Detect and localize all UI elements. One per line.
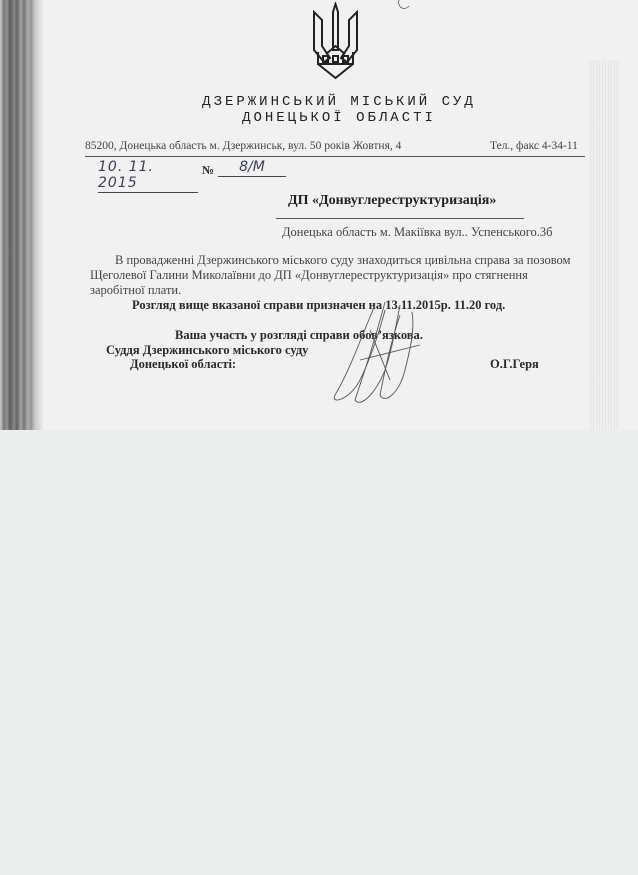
body-line-3: заробітної плати. (90, 283, 610, 298)
handwritten-date: 10. 11. 2015 (98, 159, 198, 193)
judge-region: Донецької області: (130, 357, 236, 372)
hearing-date-text: Розгляд вище вказаної справи призначен н… (132, 298, 505, 313)
number-sign: № (202, 163, 214, 178)
scanned-letter: ДЗЕРЖИНСЬКИЙ МІСЬКИЙ СУД ДОНЕЦЬКОЇ ОБЛАС… (0, 0, 638, 430)
letter-body: В провадженні Дзержинського міського суд… (90, 253, 610, 298)
recipient-name: ДП «Донвуглереструктуризація» (288, 193, 496, 209)
judge-title: Суддя Дзержинського міського суду (106, 343, 308, 358)
court-region: ДОНЕЦЬКОЇ ОБЛАСТІ (20, 110, 638, 126)
trident-coat-of-arms-icon (308, 2, 363, 80)
recipient-address: Донецька область м. Макіївка вул.. Успен… (282, 225, 553, 240)
court-phone: Тел., факс 4-34-11 (490, 140, 578, 152)
scan-edge-shadow (0, 0, 44, 430)
court-name: ДЗЕРЖИНСЬКИЙ МІСЬКИЙ СУД (20, 94, 638, 110)
header-divider (85, 156, 585, 157)
body-line-2: Щеголевої Галини Миколаївни до ДП «Донву… (90, 268, 610, 283)
court-address: 85200, Донецька область м. Дзержинськ, в… (85, 140, 401, 152)
signature-icon (330, 300, 440, 410)
handwritten-number: 8/М (218, 159, 286, 177)
recipient-divider (276, 218, 524, 219)
body-line-1: В провадженні Дзержинського міського суд… (90, 253, 610, 268)
pen-mark-icon (395, 0, 435, 12)
judge-name: О.Г.Геря (490, 357, 539, 372)
